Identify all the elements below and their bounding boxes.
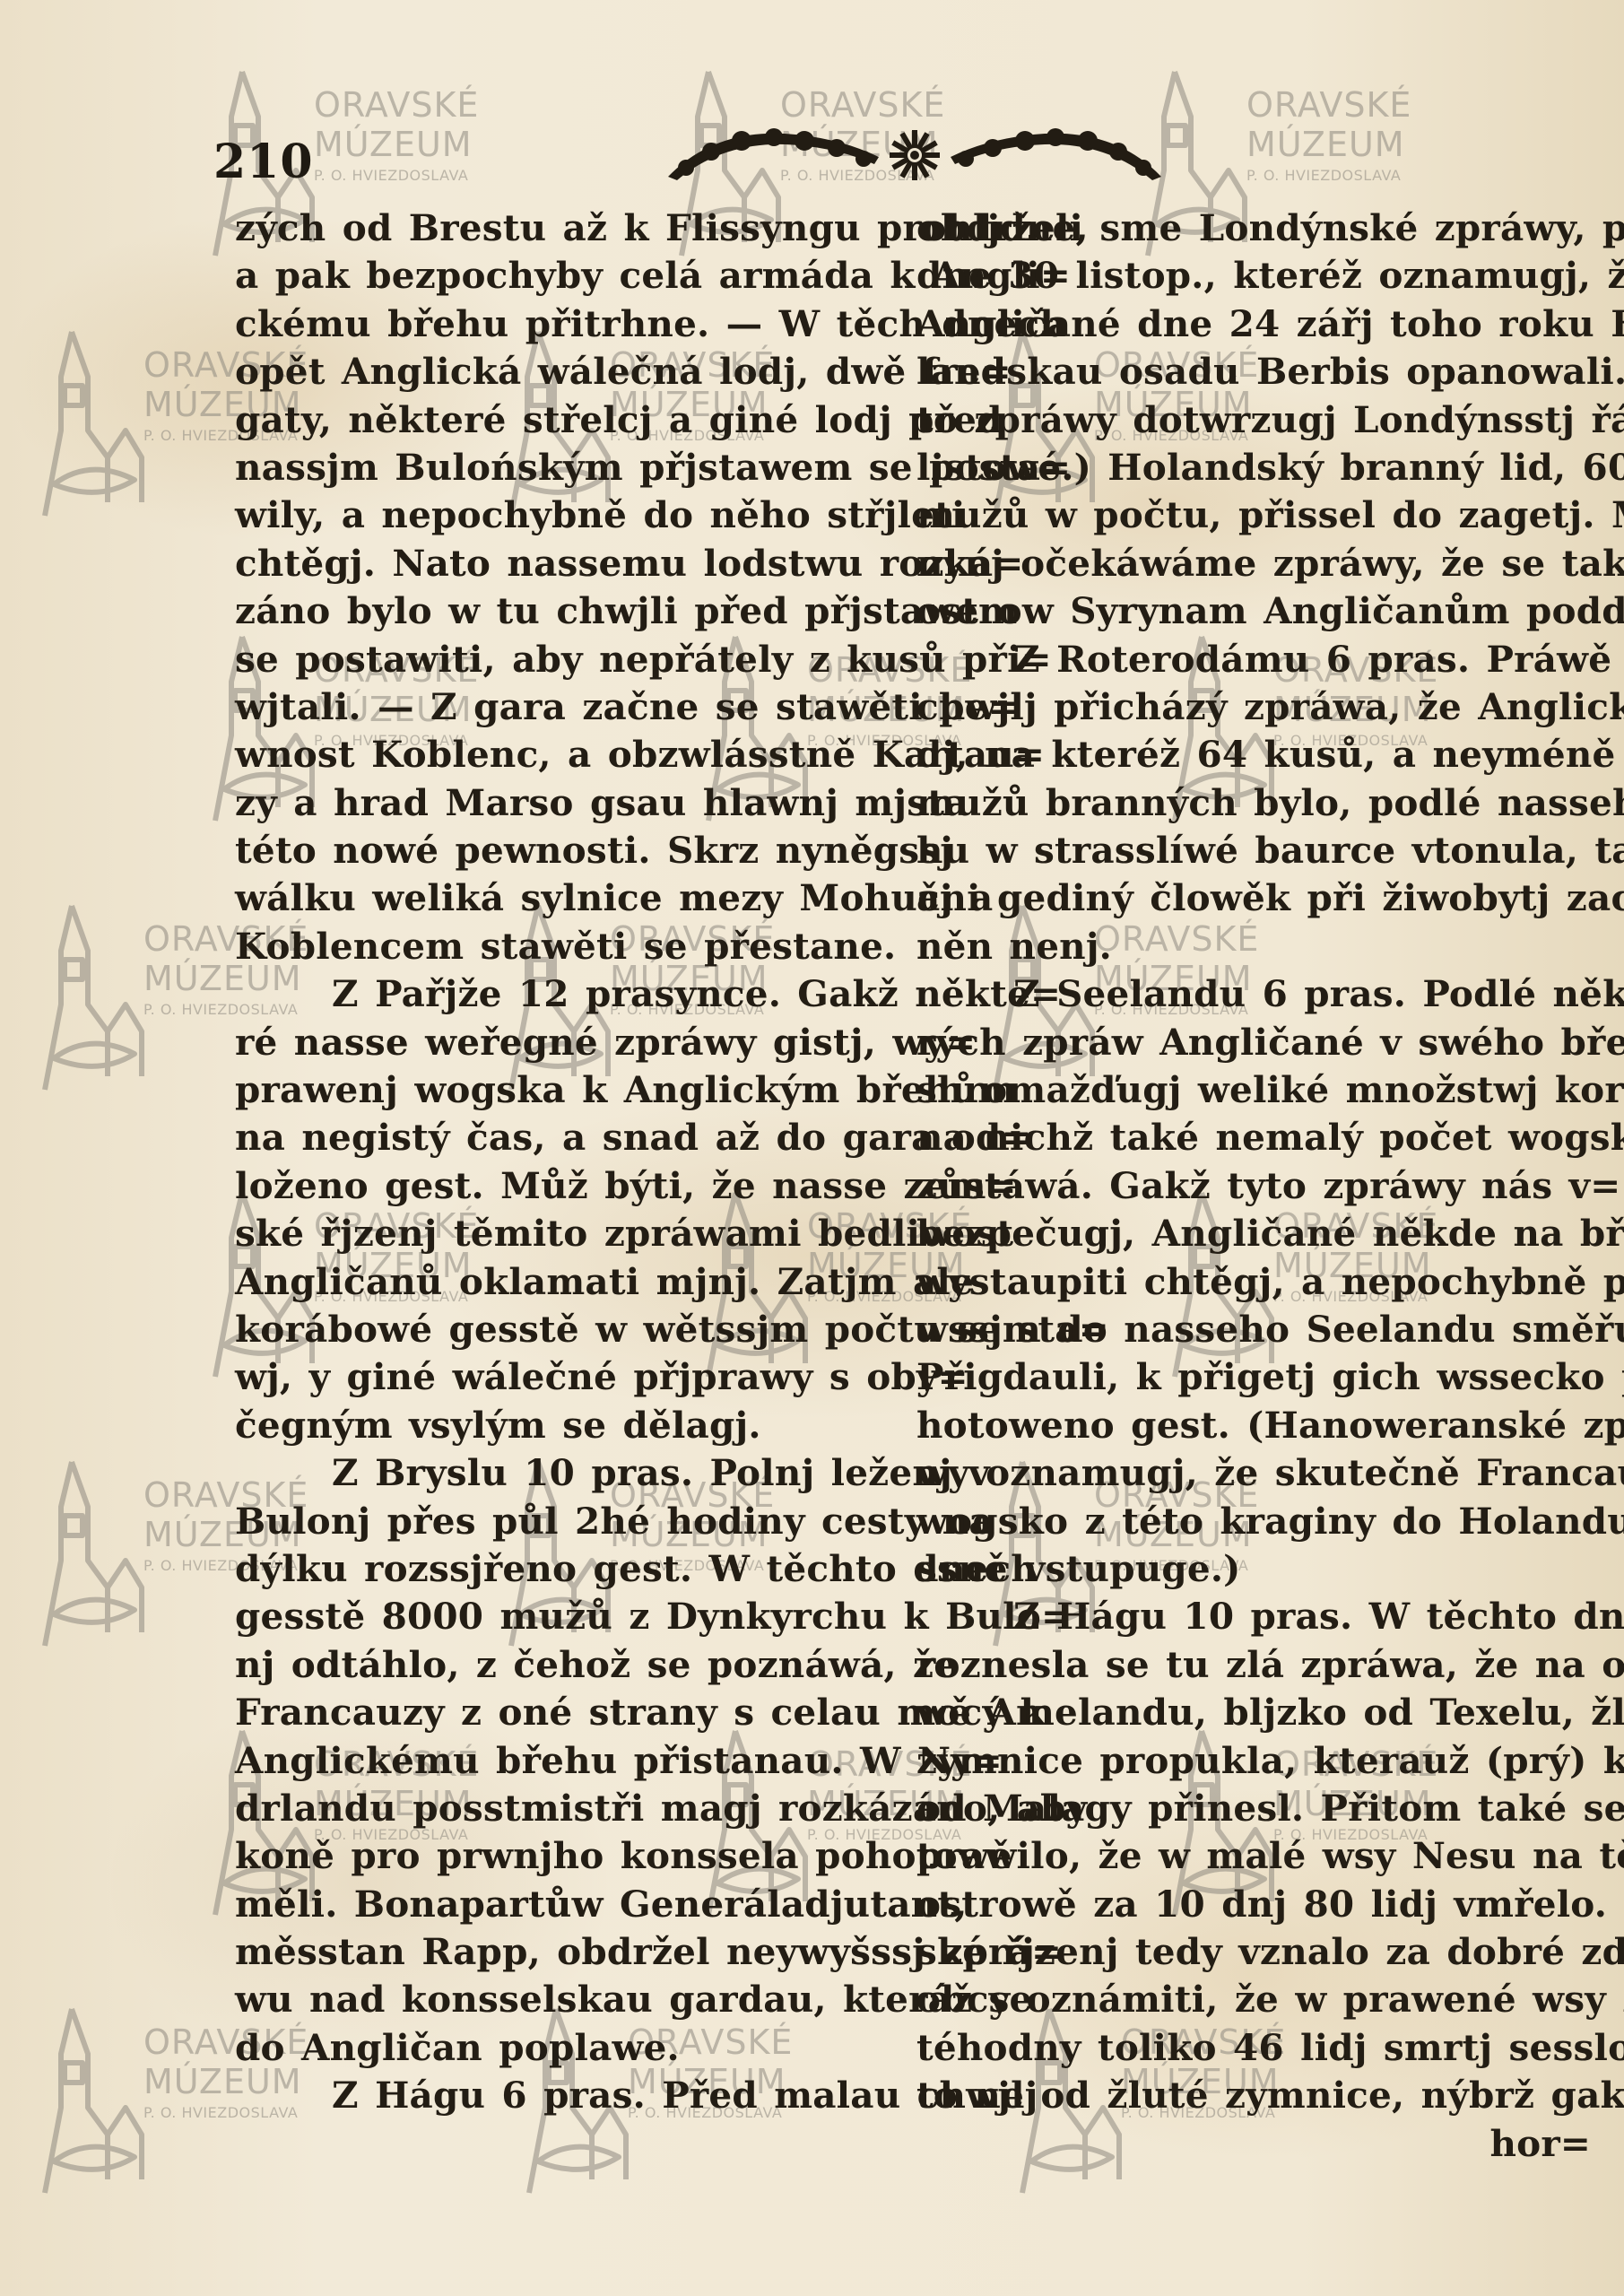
text-line: chtěgj. Nato nassemu lodstwu rozká= [235,540,916,587]
text-line: roznesla se tu zlá zpráwa, že na ostro= [916,1641,1598,1689]
text-line: hotoweno gest. (Hanoweranské zprá= [916,1402,1598,1449]
text-line: záno bylo w tu chwjli před přjstawem [235,587,916,635]
text-line: Přigdauli, k přigetj gich wssecko při= [916,1353,1598,1401]
page-number: 210 [213,135,314,189]
text-line: Angličané dne 24 zářj toho roku Ho= [916,300,1598,348]
text-line: prawenj wogska k Anglickým břehům [235,1066,916,1114]
castle-watermark-icon [36,897,152,1094]
text-line: do Angličan poplawe. [235,2024,916,2072]
text-line: a pak bezpochyby celá armáda k Angli= [235,252,916,300]
text-line: Francauzy z oné strany s celau mocý k [235,1689,916,1736]
text-line: wogsko z této kraginy do Holandu spě= [916,1498,1598,1545]
text-line: wystaupiti chtěgj, a nepochybně přede= [916,1258,1598,1306]
text-line: nassjm Bulońským přjstawem se posta= [235,444,916,491]
scanned-newspaper-page: ORAVSKÉMÚZEUMP. O. HVIEZDOSLAVAORAVSKÉMÚ… [0,0,1624,2296]
text-line: Z Roterodámu 6 pras. Práwě tau [916,636,1598,683]
text-line: dj, na kteréž 64 kusů, a neyméně 400 [916,731,1598,778]
text-line: na negistý čas, a snad až do gara od= [235,1114,916,1161]
watermark-line2: MÚZEUM [1246,127,1411,161]
text-line: Anglickému břehu přistanau. W Ny= [235,1737,916,1785]
text-line: obcy oznámiti, že w prawené wsy za 3 [916,1976,1598,2023]
text-line: nj odtáhlo, z čehož se poznáwá, že [235,1641,916,1689]
text-line: hor= [916,2120,1598,2168]
watermark-line1: ORAVSKÉ [1246,88,1411,122]
text-line: měsstan Rapp, obdržel neywyšssj zprá= [235,1928,916,1976]
text-line: wnost Koblenc, a obzwlásstně Kartau= [235,731,916,778]
text-line: něn nenj. [916,923,1598,970]
text-line: gesstě 8000 mužů z Dynkyrchu k Bulo= [235,1593,916,1640]
text-line: Koblencem stawěti se přestane. [235,923,916,970]
text-line: loženo gest. Můž býti, že nasse zem= [235,1162,916,1210]
text-line: čegným vsylým se dělagj. [235,1402,916,1449]
floral-ornament-icon [659,121,1170,184]
text-line: ostrow Syrynam Angličanům poddal. [916,587,1598,635]
text-line: prawilo, že w malé wsy Nesu na těmž [916,1832,1598,1880]
text-line: hu w strasslíwé baurce vtonula, tak že [916,827,1598,874]
text-line: opět Anglická wálečná lodj, dwě fre= [235,348,916,396]
left-text-column: zých od Brestu až k Flissyngu prohljdne,… [235,204,916,2120]
text-line: ssně vstupuge.) [916,1545,1598,1593]
text-line: ské řjzenj těmito zpráwami bedliwost [235,1210,916,1257]
text-line: wě Amelandu, bljzko od Texelu, žlutá [916,1689,1598,1736]
text-line: měli. Bonapartůw Generáladjutant, [235,1881,916,1928]
text-line: zůstáwá. Gakž tyto zpráwy nás v= [916,1162,1598,1210]
text-line: landskau osadu Berbis opanowali. (Té= [916,348,1598,396]
text-line: ské řjzenj tedy vznalo za dobré zdeyssj [916,1928,1598,1976]
text-line: mužů w počtu, přissel do zagetj. My [916,491,1598,539]
text-line: Z Bryslu 10 pras. Polnj leženj v [235,1449,916,1497]
text-line: drlandu posstmistři magj rozkázáno, aby [235,1785,916,1832]
watermark-line2: MÚZEUM [314,127,479,161]
text-line: wjtali. — Z gara začne se stawěti pe= [235,683,916,731]
text-line: ani gediný člowěk při žiwobytj zachrá= [916,874,1598,922]
text-line: od Malagy přinesl. Přitom také se [916,1785,1598,1832]
text-line: zy a hrad Marso gsau hlawnj mjsta [235,779,916,827]
text-line: na nichž také nemalý počet wogska po= [916,1114,1598,1161]
text-line: této nowé pewnosti. Skrz nyněgssj [235,827,916,874]
text-line: wssjm do nasseho Seelandu směřugj. [916,1306,1598,1353]
text-line: wj, y giné wálečné přjprawy s oby= [235,1353,916,1401]
text-line: shromažďugj weliké množstwj korábů, [916,1066,1598,1114]
castle-watermark-icon [36,323,152,520]
castle-watermark-icon [36,1453,152,1650]
text-line: ré nasse weřegné zpráwy gistj, wy= [235,1019,916,1066]
text-line: Z Hágu 6 pras. Před malau chwjlj [235,2072,916,2119]
castle-watermark-icon [36,2000,152,2197]
text-line: wily, a nepochybně do něho střjleti [235,491,916,539]
text-line: Z Hágu 10 pras. W těchto dnech [916,1593,1598,1640]
text-line: listowé.) Holandský branný lid, 600 [916,444,1598,491]
text-line: rých zpráw Angličané v swého břehu [916,1019,1598,1066]
text-line: korábowé gesstě w wětssjm počtu se sta= [235,1306,916,1353]
text-line: Bulonj přes půl 2hé hodiny cesty na [235,1498,916,1545]
text-line: ckému břehu přitrhne. — W těch dnech [235,300,916,348]
text-line: to ne od žluté zymnice, nýbrž gakásy [916,2072,1598,2119]
text-line: Z Pařjže 12 prasynce. Gakž někte= [235,970,916,1018]
text-line: dýlku rozssjřeno gest. W těchto dnech [235,1545,916,1593]
text-line: wy oznamugj, že skutečně Francauzské [916,1449,1598,1497]
text-line: se postawiti, aby nepřátely z kusů při= [235,636,916,683]
text-line: chwjlj přicházý zpráwa, že Anglická lo= [916,683,1598,731]
watermark-line1: ORAVSKÉ [314,88,479,122]
text-line: obdrželi sme Londýnské zpráwy, psané [916,204,1598,252]
text-line: zých od Brestu až k Flissyngu prohljdne, [235,204,916,252]
watermark-line1: ORAVSKÉ [780,88,945,122]
text-line: téhodny toliko 46 lidj smrtj sesslo, a [916,2024,1598,2072]
text-line: koně pro prwnjho konssela pohotowě [235,1832,916,1880]
text-line: Angličanů oklamati mjnj. Zatjm ale [235,1258,916,1306]
watermark-line3: P. O. HVIEZDOSLAVA [1246,169,1411,183]
text-line: gaty, některé střelcj a giné lodj před [235,396,916,444]
text-line: dne 30 listop., kteréž oznamugj, že [916,252,1598,300]
text-line: mužů branných bylo, podlé nasseho bře= [916,779,1598,827]
right-text-column: obdrželi sme Londýnské zpráwy, psanédne … [916,204,1598,2168]
text-line: to zpráwy dotwrzugj Londýnsstj řádnj [916,396,1598,444]
watermark-line3: P. O. HVIEZDOSLAVA [314,169,479,183]
text-line: ostrowě za 10 dnj 80 lidj vmřelo. Zem= [916,1881,1598,1928]
text-line: wálku weliká sylnice mezy Mohučj a [235,874,916,922]
text-line: nynj očekáwáme zpráwy, že se také náš [916,540,1598,587]
text-line: Z Seelandu 6 pras. Podlé někte= [916,970,1598,1018]
text-line: bezpečugj, Angličané někde na břeh [916,1210,1598,1257]
text-line: wu nad konsselskau gardau, kteráž se [235,1976,916,2023]
text-line: zymnice propukla, kterauž (prý) koráb [916,1737,1598,1785]
